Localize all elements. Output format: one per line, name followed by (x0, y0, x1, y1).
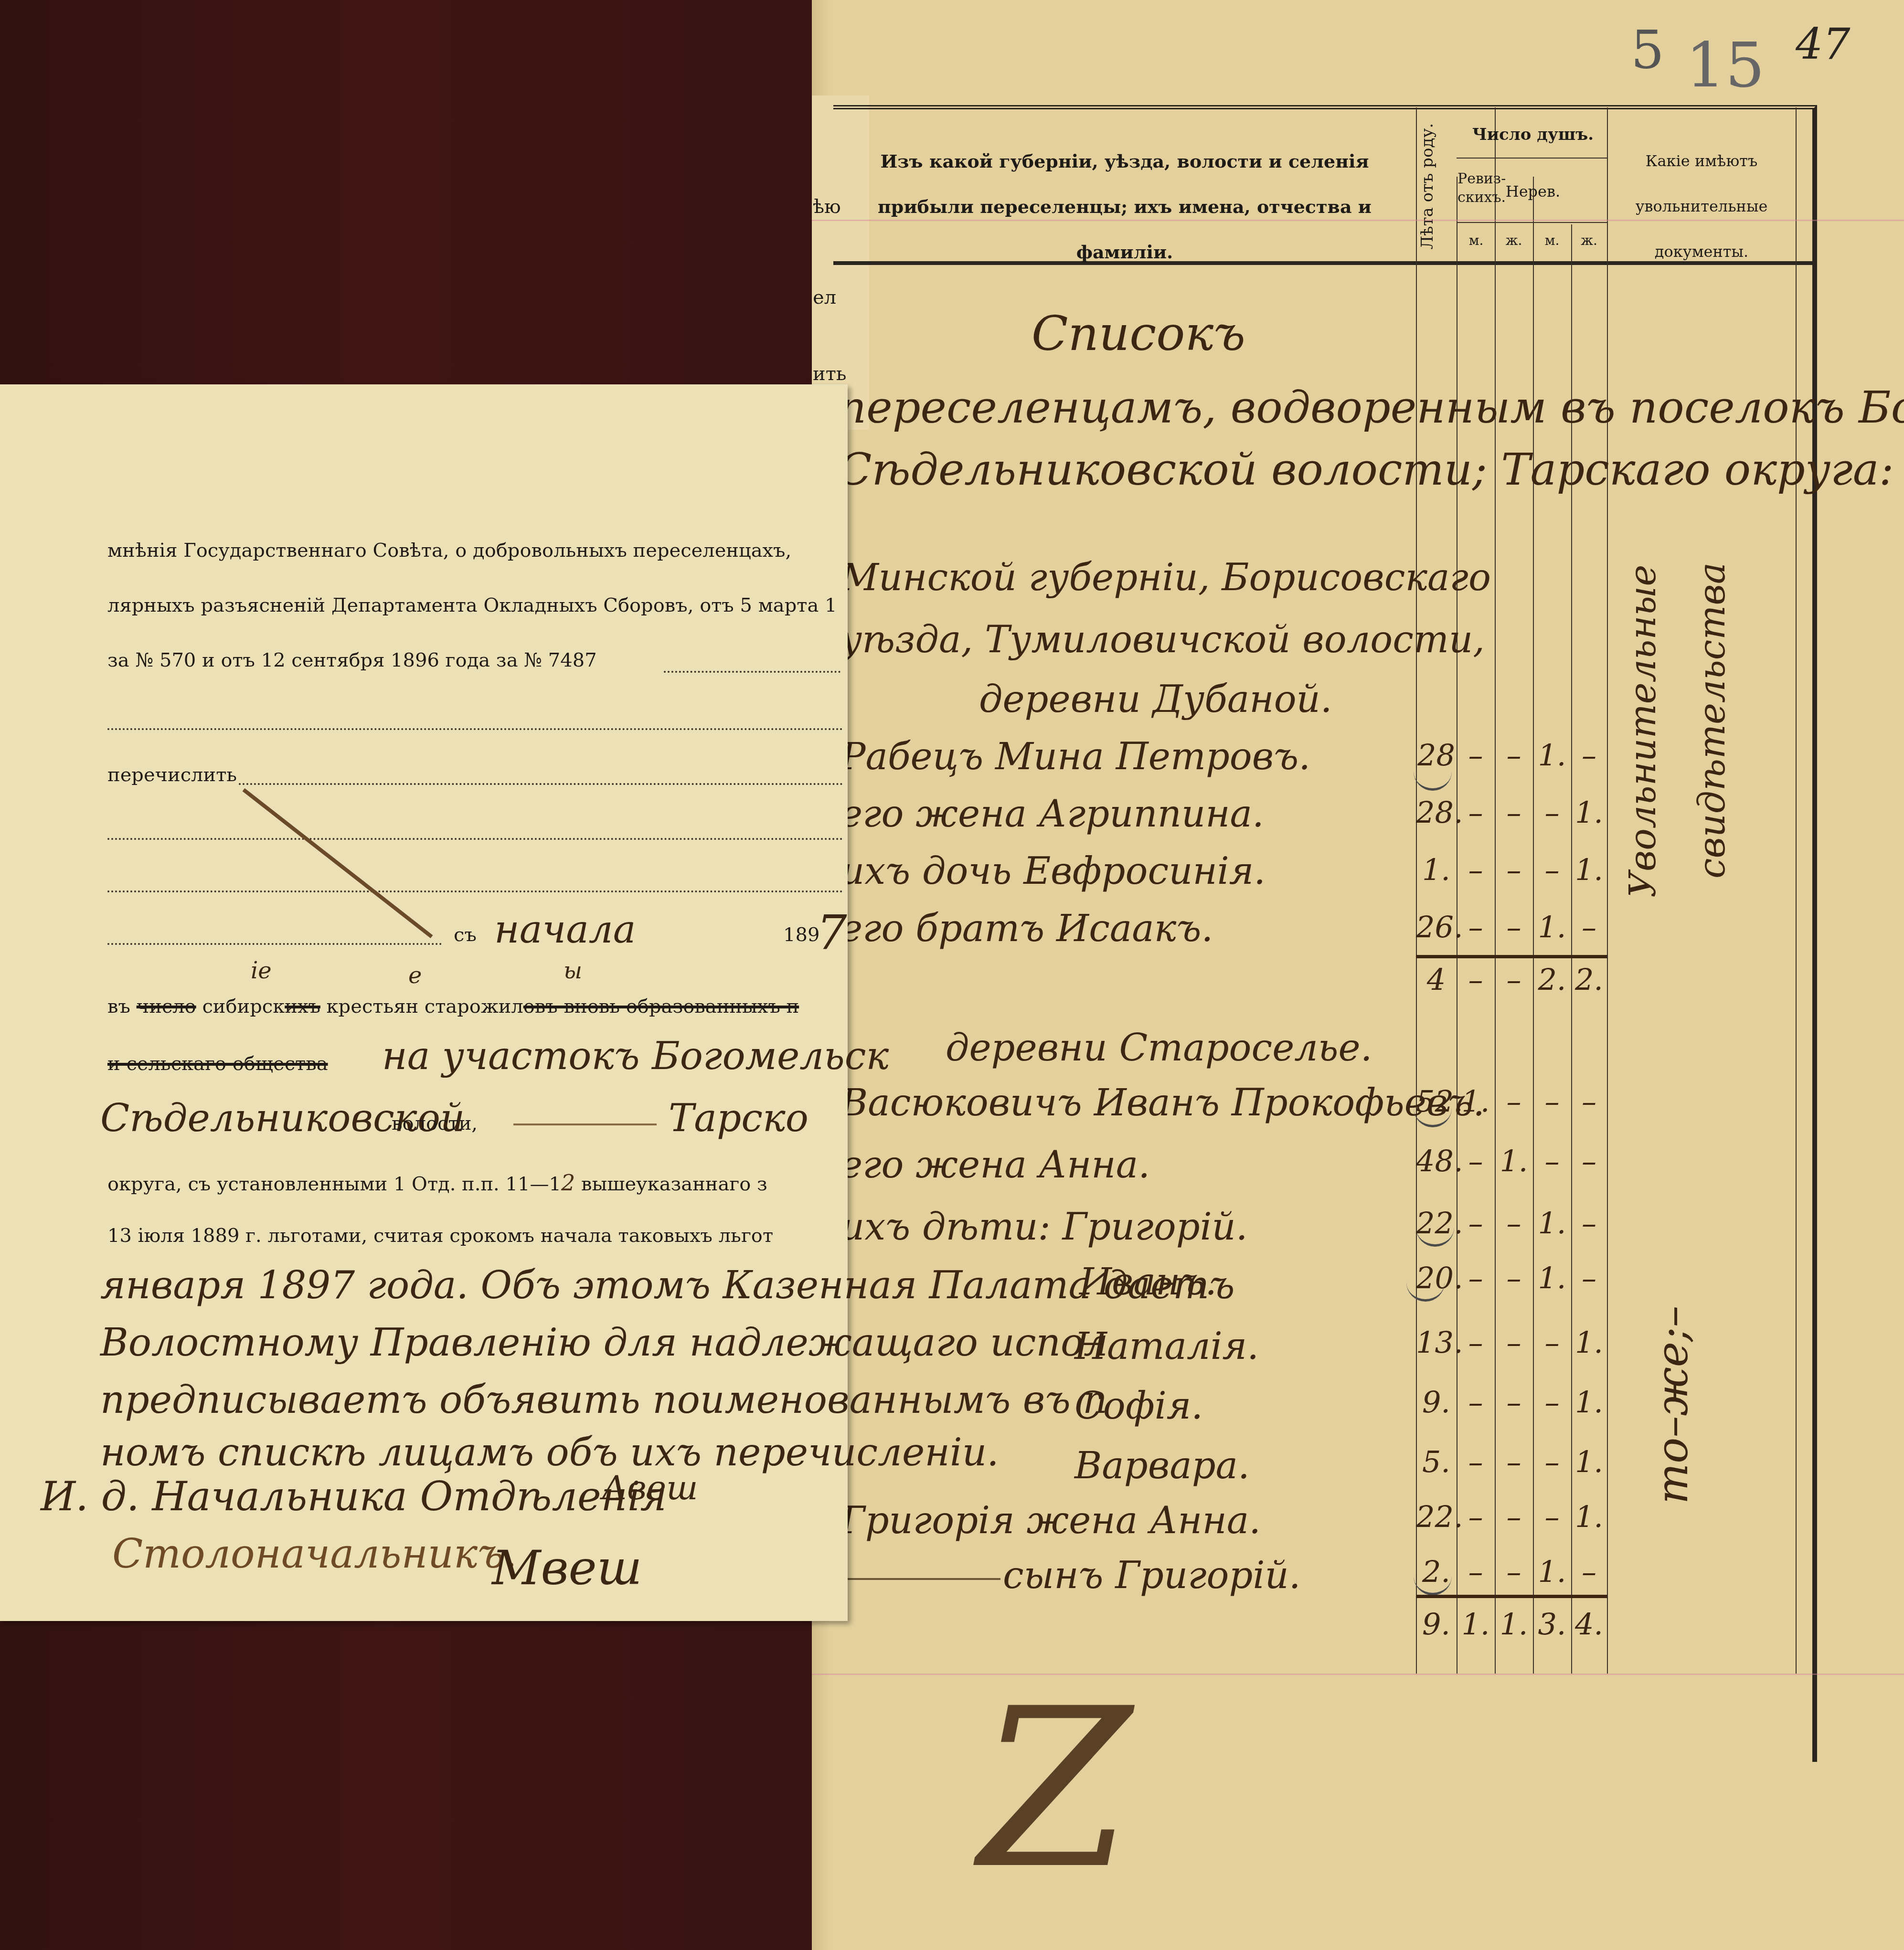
total-nrev-m: 3. (1533, 1607, 1571, 1642)
correction-e: е (408, 962, 422, 989)
folio-number: 47 (1796, 19, 1851, 69)
column-divider (1416, 107, 1417, 1674)
person-name: ихъ дѣти: Григорій. (840, 1206, 1248, 1249)
ditto-mark (843, 1578, 1000, 1580)
person-name: Рабецъ Мина Петровъ. (840, 735, 1310, 778)
text: старожил (425, 996, 523, 1017)
rev-m: – (1457, 1499, 1495, 1534)
nrev-m: – (1533, 1444, 1571, 1479)
dotted-fill (239, 783, 843, 785)
hand-digit: 2 (561, 1170, 575, 1196)
total-rule (1416, 1595, 1607, 1598)
rev-f: – (1495, 795, 1533, 830)
nrev-m: 1. (1533, 1206, 1571, 1240)
rev-m: – (1457, 1385, 1495, 1420)
total-nrev-m: 2. (1533, 962, 1571, 997)
dotted-fill (107, 728, 843, 730)
person-name: его жена Агриппина. (840, 793, 1264, 836)
signature-title: Столоначальникъ. (112, 1530, 517, 1577)
age: 48. (1416, 1144, 1457, 1178)
rev-f: – (1495, 738, 1533, 773)
header-sex-m: м. (1457, 234, 1495, 247)
nrev-m: – (1533, 1385, 1571, 1420)
rev-m: – (1457, 852, 1495, 887)
nrev-f: 1. (1571, 795, 1607, 830)
slip-label-s: съ (454, 924, 477, 946)
dotted-fill (107, 890, 843, 892)
total-rev-f: 1. (1495, 1607, 1533, 1642)
slip-printed-line: мнѣнія Государственнаго Совѣта, о добров… (107, 540, 791, 562)
rev-m: – (1457, 1444, 1495, 1479)
person-name: его жена Анна. (840, 1144, 1150, 1187)
pencil-number: 15 (1686, 29, 1765, 101)
total-rev-m: 1. (1457, 1607, 1495, 1642)
nrev-f: – (1571, 910, 1607, 944)
text: округа, съ установленными 1 Отд. п.п. 11… (107, 1173, 561, 1195)
village-name: деревни Староселье. (946, 1027, 1372, 1070)
slip-year-hand: 7 (817, 905, 847, 961)
nrev-f: – (1571, 1084, 1607, 1119)
nrev-f: – (1571, 1261, 1607, 1295)
nrev-m: – (1533, 1084, 1571, 1119)
slip-label-perechislit: перечислить (107, 764, 237, 786)
rev-m: – (1457, 1144, 1495, 1178)
age: 1. (1416, 852, 1457, 887)
nrev-m: – (1533, 1499, 1571, 1534)
header-sex-f: ж. (1571, 234, 1607, 247)
header-age: Лѣта отъ роду. (1419, 119, 1436, 253)
struck-text: ихъ (285, 996, 320, 1017)
nrev-f: – (1571, 1554, 1607, 1589)
slip-hand-line: Волостному Правленію для надлежащаго исп… (100, 1320, 1108, 1365)
total-rev-f: – (1495, 962, 1533, 997)
person-name: сынъ Григорій. (1003, 1554, 1300, 1597)
text: сибирск (202, 996, 285, 1017)
ruling (812, 1674, 1904, 1675)
total-nrev-f: 4. (1571, 1607, 1607, 1642)
total-rev-m: – (1457, 962, 1495, 997)
rev-f: – (1495, 1385, 1533, 1420)
column-divider (1796, 107, 1797, 1674)
header-rule (1457, 222, 1607, 223)
header-sex-f: ж. (1495, 234, 1533, 247)
slip-hand-line: января 1897 года. Объ этомъ Казенная Пал… (100, 1263, 1235, 1307)
header-origin-line: фамиліи. (836, 229, 1414, 275)
person-name: его братъ Исаакъ. (840, 907, 1213, 950)
rev-m: – (1457, 795, 1495, 830)
header-revision: Ревиз- скихъ. (1457, 170, 1495, 207)
person-name: Васюковичъ Иванъ Прокофьевъ. (840, 1081, 1485, 1124)
village-name: деревни Дубаной. (979, 678, 1332, 721)
rev-m: – (1457, 738, 1495, 773)
dash-stroke (513, 1123, 657, 1125)
text: въ (107, 996, 130, 1017)
slip-printed-line: округа, съ установленными 1 Отд. п.п. 11… (107, 1170, 767, 1196)
slip-hand-nachala: начала (494, 907, 636, 952)
nrev-f: 1. (1571, 1385, 1607, 1420)
rev-f: – (1495, 1261, 1533, 1295)
header-origin: Изъ какой губерніи, уѣзда, волости и сел… (836, 138, 1414, 275)
column-divider (1495, 107, 1496, 1674)
header-nonrevision: Нерев. (1495, 184, 1571, 199)
signature-title: И. д. Начальника Отдѣленія (41, 1473, 667, 1520)
rev-m: – (1457, 1261, 1495, 1295)
archival-scan: ѣю ел ить 5 15 47 Изъ какой губерніи, уѣ… (0, 0, 1904, 1950)
subtotal-rule (1416, 955, 1607, 958)
pencil-number: 5 (1631, 19, 1664, 80)
cancel-stroke (243, 788, 433, 938)
documents-ditto: то–же;– (1648, 1306, 1698, 1504)
nrev-m: – (1533, 1325, 1571, 1360)
nrev-m: 1. (1533, 1261, 1571, 1295)
slip-year-print: 189 (783, 924, 819, 946)
slip-struck-line: и сельскаго общества (107, 1053, 328, 1075)
nrev-m: – (1533, 852, 1571, 887)
slip-hand-line: предписываетъ объявить поименованнымъ въ… (100, 1378, 1107, 1422)
slip-hand-line: номъ спискѣ лицамъ объ ихъ перечисленіи. (100, 1430, 999, 1474)
origin-line: Минской губерніи, Борисовскаго (840, 556, 1491, 599)
person-name: Григорія жена Анна. (840, 1499, 1261, 1542)
rev-f: – (1495, 1084, 1533, 1119)
slip-label-volosti: волости, (392, 1113, 478, 1134)
header-documents: Какіе имѣютъ увольнительные документы. (1608, 138, 1795, 275)
nrev-m: 1. (1533, 1554, 1571, 1589)
nrev-f: – (1571, 1144, 1607, 1178)
nrev-m: – (1533, 1144, 1571, 1178)
age: 5. (1416, 1444, 1457, 1479)
rev-f: – (1495, 910, 1533, 944)
rev-m: – (1457, 1206, 1495, 1240)
age: 28. (1416, 795, 1457, 830)
rev-f: – (1495, 1206, 1533, 1240)
correction-ie: іе (251, 957, 272, 984)
nrev-m: 1. (1533, 738, 1571, 773)
struck-text: число (137, 996, 196, 1017)
total-nrev-f: 2. (1571, 962, 1607, 997)
rev-f: – (1495, 1444, 1533, 1479)
dotted-fill (107, 838, 843, 840)
margin-fragment: ел (813, 286, 836, 308)
closing-flourish: Z (979, 1662, 1132, 1917)
total-age: 9. (1416, 1607, 1457, 1642)
header-sex-m: м. (1533, 234, 1571, 247)
header-souls: Число душъ. (1459, 127, 1607, 143)
correction-y: ы (564, 957, 582, 984)
slip-printed-line: 13 іюля 1889 г. льготами, считая срокомъ… (107, 1225, 773, 1247)
rev-m: – (1457, 1325, 1495, 1360)
nrev-m: 1. (1533, 910, 1571, 944)
signature: Мвеш (492, 1540, 642, 1596)
rev-m: – (1457, 910, 1495, 944)
slip-hand-uchastok: на участокъ Богомельск (382, 1034, 889, 1078)
slip-printed-line: лярныхъ разъясненій Департамента Окладны… (107, 594, 837, 616)
nrev-m: – (1533, 795, 1571, 830)
rev-f: – (1495, 852, 1533, 887)
text: крестьян (327, 996, 418, 1017)
header-rule (1457, 158, 1607, 159)
rev-m: – (1457, 1554, 1495, 1589)
age: 26. (1416, 910, 1457, 944)
column-divider (1607, 107, 1608, 1674)
total-age: 4 (1416, 962, 1457, 997)
header-documents-line: документы. (1608, 229, 1795, 275)
age: 13. (1416, 1325, 1457, 1360)
rev-f: 1. (1495, 1144, 1533, 1178)
dotted-fill (664, 671, 840, 673)
documents-text: Увольнительные (1621, 565, 1664, 898)
list-heading-line: Сѣдельниковской волости; Тарскаго округа… (838, 444, 1894, 495)
age: 28 (1416, 738, 1457, 773)
slip-printed-line: за № 570 и отъ 12 сентября 1896 года за … (107, 649, 597, 671)
rev-f: – (1495, 1554, 1533, 1589)
ruling (812, 220, 1904, 221)
nrev-f: – (1571, 1206, 1607, 1240)
age: 22. (1416, 1499, 1457, 1534)
struck-text: овъ вновь образованныхъ п (523, 996, 799, 1017)
nrev-f: 1. (1571, 852, 1607, 887)
documents-text: свидѣтельства (1691, 562, 1733, 879)
nrev-f: – (1571, 738, 1607, 773)
list-title: Списокъ (1032, 306, 1245, 361)
person-name: Варвара. (1074, 1444, 1250, 1487)
header-origin-line: Изъ какой губерніи, уѣзда, волости и сел… (836, 138, 1414, 184)
origin-line: уѣзда, Тумиловичской волости, (840, 618, 1485, 661)
header-origin-line: прибыли переселенцы; ихъ имена, отчества… (836, 184, 1414, 229)
header-revision-line: Ревиз- (1457, 170, 1495, 188)
age: 9. (1416, 1385, 1457, 1420)
rev-m: 1. (1457, 1084, 1495, 1119)
slip-line-v-chislo: въ число сибирскихъ крестьян старожиловъ… (107, 996, 799, 1017)
nrev-f: 1. (1571, 1499, 1607, 1534)
signature: Авеш (602, 1468, 698, 1507)
nrev-f: 1. (1571, 1325, 1607, 1360)
inserted-slip: мнѣнія Государственнаго Совѣта, о добров… (0, 384, 848, 1621)
rev-f: – (1495, 1499, 1533, 1534)
header-documents-line: увольнительные (1608, 184, 1795, 229)
text: вышеуказаннаго з (575, 1173, 767, 1195)
nrev-f: 1. (1571, 1444, 1607, 1479)
person-name: ихъ дочь Евфросинія. (840, 850, 1266, 893)
rev-f: – (1495, 1325, 1533, 1360)
list-heading-line: переселенцамъ, водворенным въ поселокъ Б… (838, 382, 1904, 433)
slip-hand-okrug: Тарско (669, 1096, 808, 1140)
dotted-fill (107, 943, 442, 945)
header-documents-line: Какіе имѣютъ (1608, 138, 1795, 184)
header-revision-line: скихъ. (1457, 188, 1495, 207)
